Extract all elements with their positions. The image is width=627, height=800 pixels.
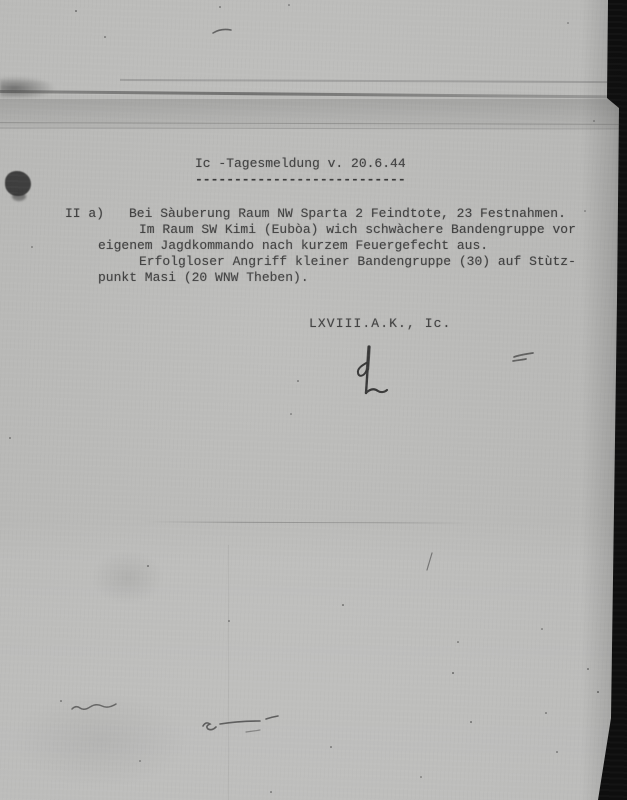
- report-line: Erfolgloser Angriff kleiner Bandengruppe…: [139, 254, 576, 270]
- title-underline: ---------------------------: [195, 172, 406, 188]
- scratch-mark: [70, 698, 122, 716]
- scanned-document-page: Ic -Tagesmeldung v. 20.6.44 ------------…: [0, 0, 627, 800]
- scratch-mark: [198, 712, 290, 740]
- section-label: II a): [65, 206, 104, 222]
- report-title: Ic -Tagesmeldung v. 20.6.44: [195, 156, 406, 172]
- report-line: punkt Masi (20 WNW Theben).: [98, 270, 309, 286]
- vertical-crease: [228, 545, 229, 800]
- tick-mark: [212, 26, 234, 36]
- scan-specks: [0, 0, 2, 2]
- report-line: Im Raum SW Kimi (Eubòa) wich schwàchere …: [139, 222, 576, 238]
- signature-line: LXVIII.A.K., Ic.: [309, 316, 451, 332]
- scan-smudge: [0, 76, 56, 98]
- fold-line: [0, 127, 627, 129]
- equals-squiggle-mark: [512, 351, 536, 365]
- scan-smudge: [90, 550, 165, 605]
- ink-blot: [12, 192, 26, 201]
- report-line: eigenem Jagdkommando nach kurzem Feuerge…: [98, 238, 488, 254]
- handwritten-mark: [340, 335, 410, 410]
- report-line: Bei Sàuberung Raum NW Sparta 2 Feindtote…: [129, 206, 566, 222]
- slash-mark: [425, 552, 435, 572]
